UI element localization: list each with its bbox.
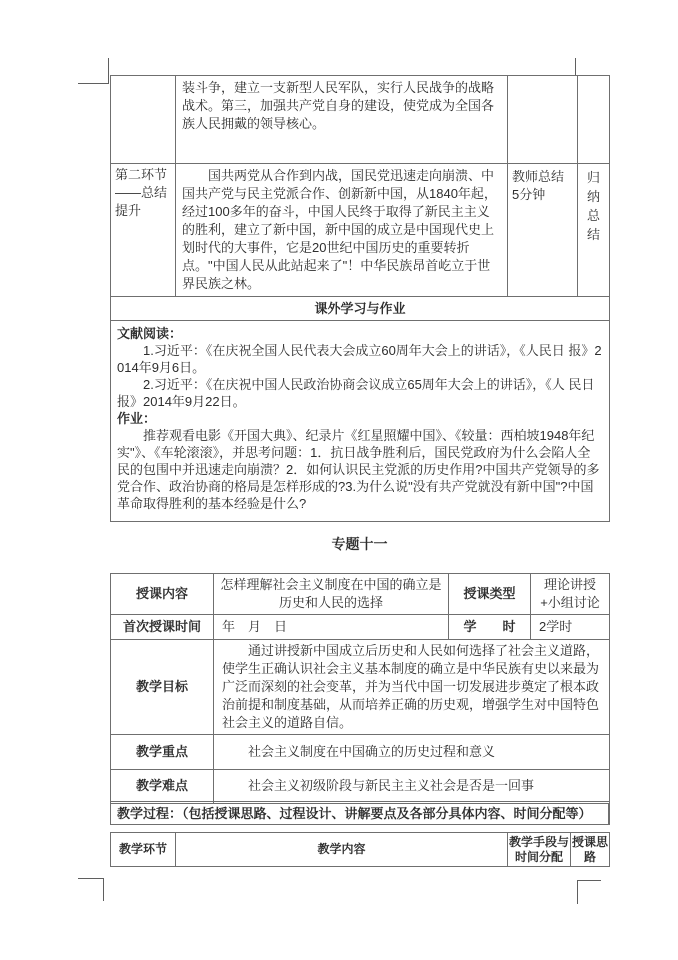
lesson-info-table: 授课内容 怎样理解社会主义制度在中国的确立是历史和人民的选择 授课类型 理论讲授… [110,573,610,825]
table-row: 课外学习与作业 [111,297,610,321]
method-cell: 教师总结 5分钟 [508,164,578,297]
table-row: 文献阅读： 1.习近平：《在庆祝全国人民代表大会成立60周年大会上的讲话》，《人… [111,321,610,522]
content-cell: 国共两党从合作到内战，国民党迅速走向崩溃、中国共产党与民主党派合作、创新新中国，… [176,164,508,297]
reading-label: 文献阅读： [117,325,603,342]
first-time-value: 年 月 日 [214,615,449,640]
key-point-label: 教学重点 [111,735,214,770]
header-content: 教学内容 [176,833,508,867]
difficulty-value: 社会主义初级阶段与新民主主义社会是否是一回事 [214,770,610,802]
course-content-value: 怎样理解社会主义制度在中国的确立是历史和人民的选择 [214,574,449,615]
table-row: 授课内容 怎样理解社会主义制度在中国的确立是历史和人民的选择 授课类型 理论讲授… [111,574,610,615]
content-cell: 装斗争，建立一支新型人民军队，实行人民战争的战略战术。第三，加强共产党自身的建设… [176,76,508,164]
section-header-text: 课外学习与作业 [314,301,405,316]
table-row: 首次授课时间 年 月 日 学 时 2学时 [111,615,610,640]
reading-item-2: 2.习近平：《在庆祝中国人民政治协商会议成立65周年大会上的讲话》，《人 民日报… [117,376,603,410]
objective-value: 通过讲授新中国成立后历史和人民如何选择了社会主义道路，使学生正确认识社会主义基本… [214,640,610,735]
crop-mark-bottom-right-icon [577,880,601,904]
note-cell-empty [578,76,610,164]
header-method-time: 教学手段与时间分配 [508,833,571,867]
homework-cell: 文献阅读： 1.习近平：《在庆祝全国人民代表大会成立60周年大会上的讲话》，《人… [111,321,610,522]
stage-label: 第二环节——总结提升 [115,166,171,220]
stage-cell: 第二环节——总结提升 [111,164,176,297]
crop-mark-bottom-left-icon [78,878,104,901]
key-point-text: 社会主义制度在中国确立的历史过程和意义 [222,743,601,761]
method-line-2: 5分钟 [512,186,573,204]
topic-title: 专题十一 [110,536,609,553]
table-row: 装斗争，建立一支新型人民军队，实行人民战争的战略战术。第三，加强共产党自身的建设… [111,76,610,164]
hours-value: 2学时 [531,615,610,640]
note-cell: 归纳总结 [578,164,610,297]
section-header-cell: 课外学习与作业 [111,297,610,321]
course-content-label: 授课内容 [111,574,214,615]
table-row: 教学难点 社会主义初级阶段与新民主主义社会是否是一回事 [111,770,610,802]
teaching-process-note: 教学过程：（包括授课思路、过程设计、讲解要点及各部分具体内容、时间分配等） [110,803,609,825]
header-stage: 教学环节 [111,833,176,867]
crop-mark-top-left-icon [78,58,109,84]
difficulty-label: 教学难点 [111,770,214,802]
course-type-label: 授课类型 [449,574,531,615]
objective-text: 通过讲授新中国成立后历史和人民如何选择了社会主义道路，使学生正确认识社会主义基本… [222,642,601,732]
method-line-1: 教师总结 [512,168,573,186]
summary-text: 国共两党从合作到内战，国民党迅速走向崩溃、中国共产党与民主党派合作、创新新中国，… [182,167,501,293]
first-time-label: 首次授课时间 [111,615,214,640]
content-continuation-text: 装斗争，建立一支新型人民军队，实行人民战争的战略战术。第三，加强共产党自身的建设… [182,79,501,133]
header-thread: 授课思路 [571,833,610,867]
hours-label: 学 时 [449,615,531,640]
table-row: 教学目标 通过讲授新中国成立后历史和人民如何选择了社会主义道路，使学生正确认识社… [111,640,610,735]
course-type-value: 理论讲授+小组讨论 [531,574,610,615]
note-vertical-text: 归纳总结 [586,168,601,244]
objective-label: 教学目标 [111,640,214,735]
reading-item-1: 1.习近平：《在庆祝全国人民代表大会成立60周年大会上的讲话》，《人民日 报》2… [117,342,603,376]
process-header-table: 教学环节 教学内容 教学手段与时间分配 授课思路 [110,832,610,867]
teaching-process-table: 装斗争，建立一支新型人民军队，实行人民战争的战略战术。第三，加强共产党自身的建设… [110,75,610,522]
table-row: 教学重点 社会主义制度在中国确立的历史过程和意义 [111,735,610,770]
method-cell-empty [508,76,578,164]
key-point-value: 社会主义制度在中国确立的历史过程和意义 [214,735,610,770]
document-page: 装斗争，建立一支新型人民军队，实行人民战争的战略战术。第三，加强共产党自身的建设… [0,0,678,960]
table-row: 教学环节 教学内容 教学手段与时间分配 授课思路 [111,833,610,867]
homework-text: 推荐观看电影《开国大典》、纪录片《红星照耀中国》、《较量：西柏坡1948年纪实"… [117,427,603,512]
stage-cell-empty [111,76,176,164]
difficulty-text: 社会主义初级阶段与新民主主义社会是否是一回事 [222,777,601,795]
homework-label: 作业： [117,410,603,427]
table-row: 第二环节——总结提升 国共两党从合作到内战，国民党迅速走向崩溃、中国共产党与民主… [111,164,610,297]
